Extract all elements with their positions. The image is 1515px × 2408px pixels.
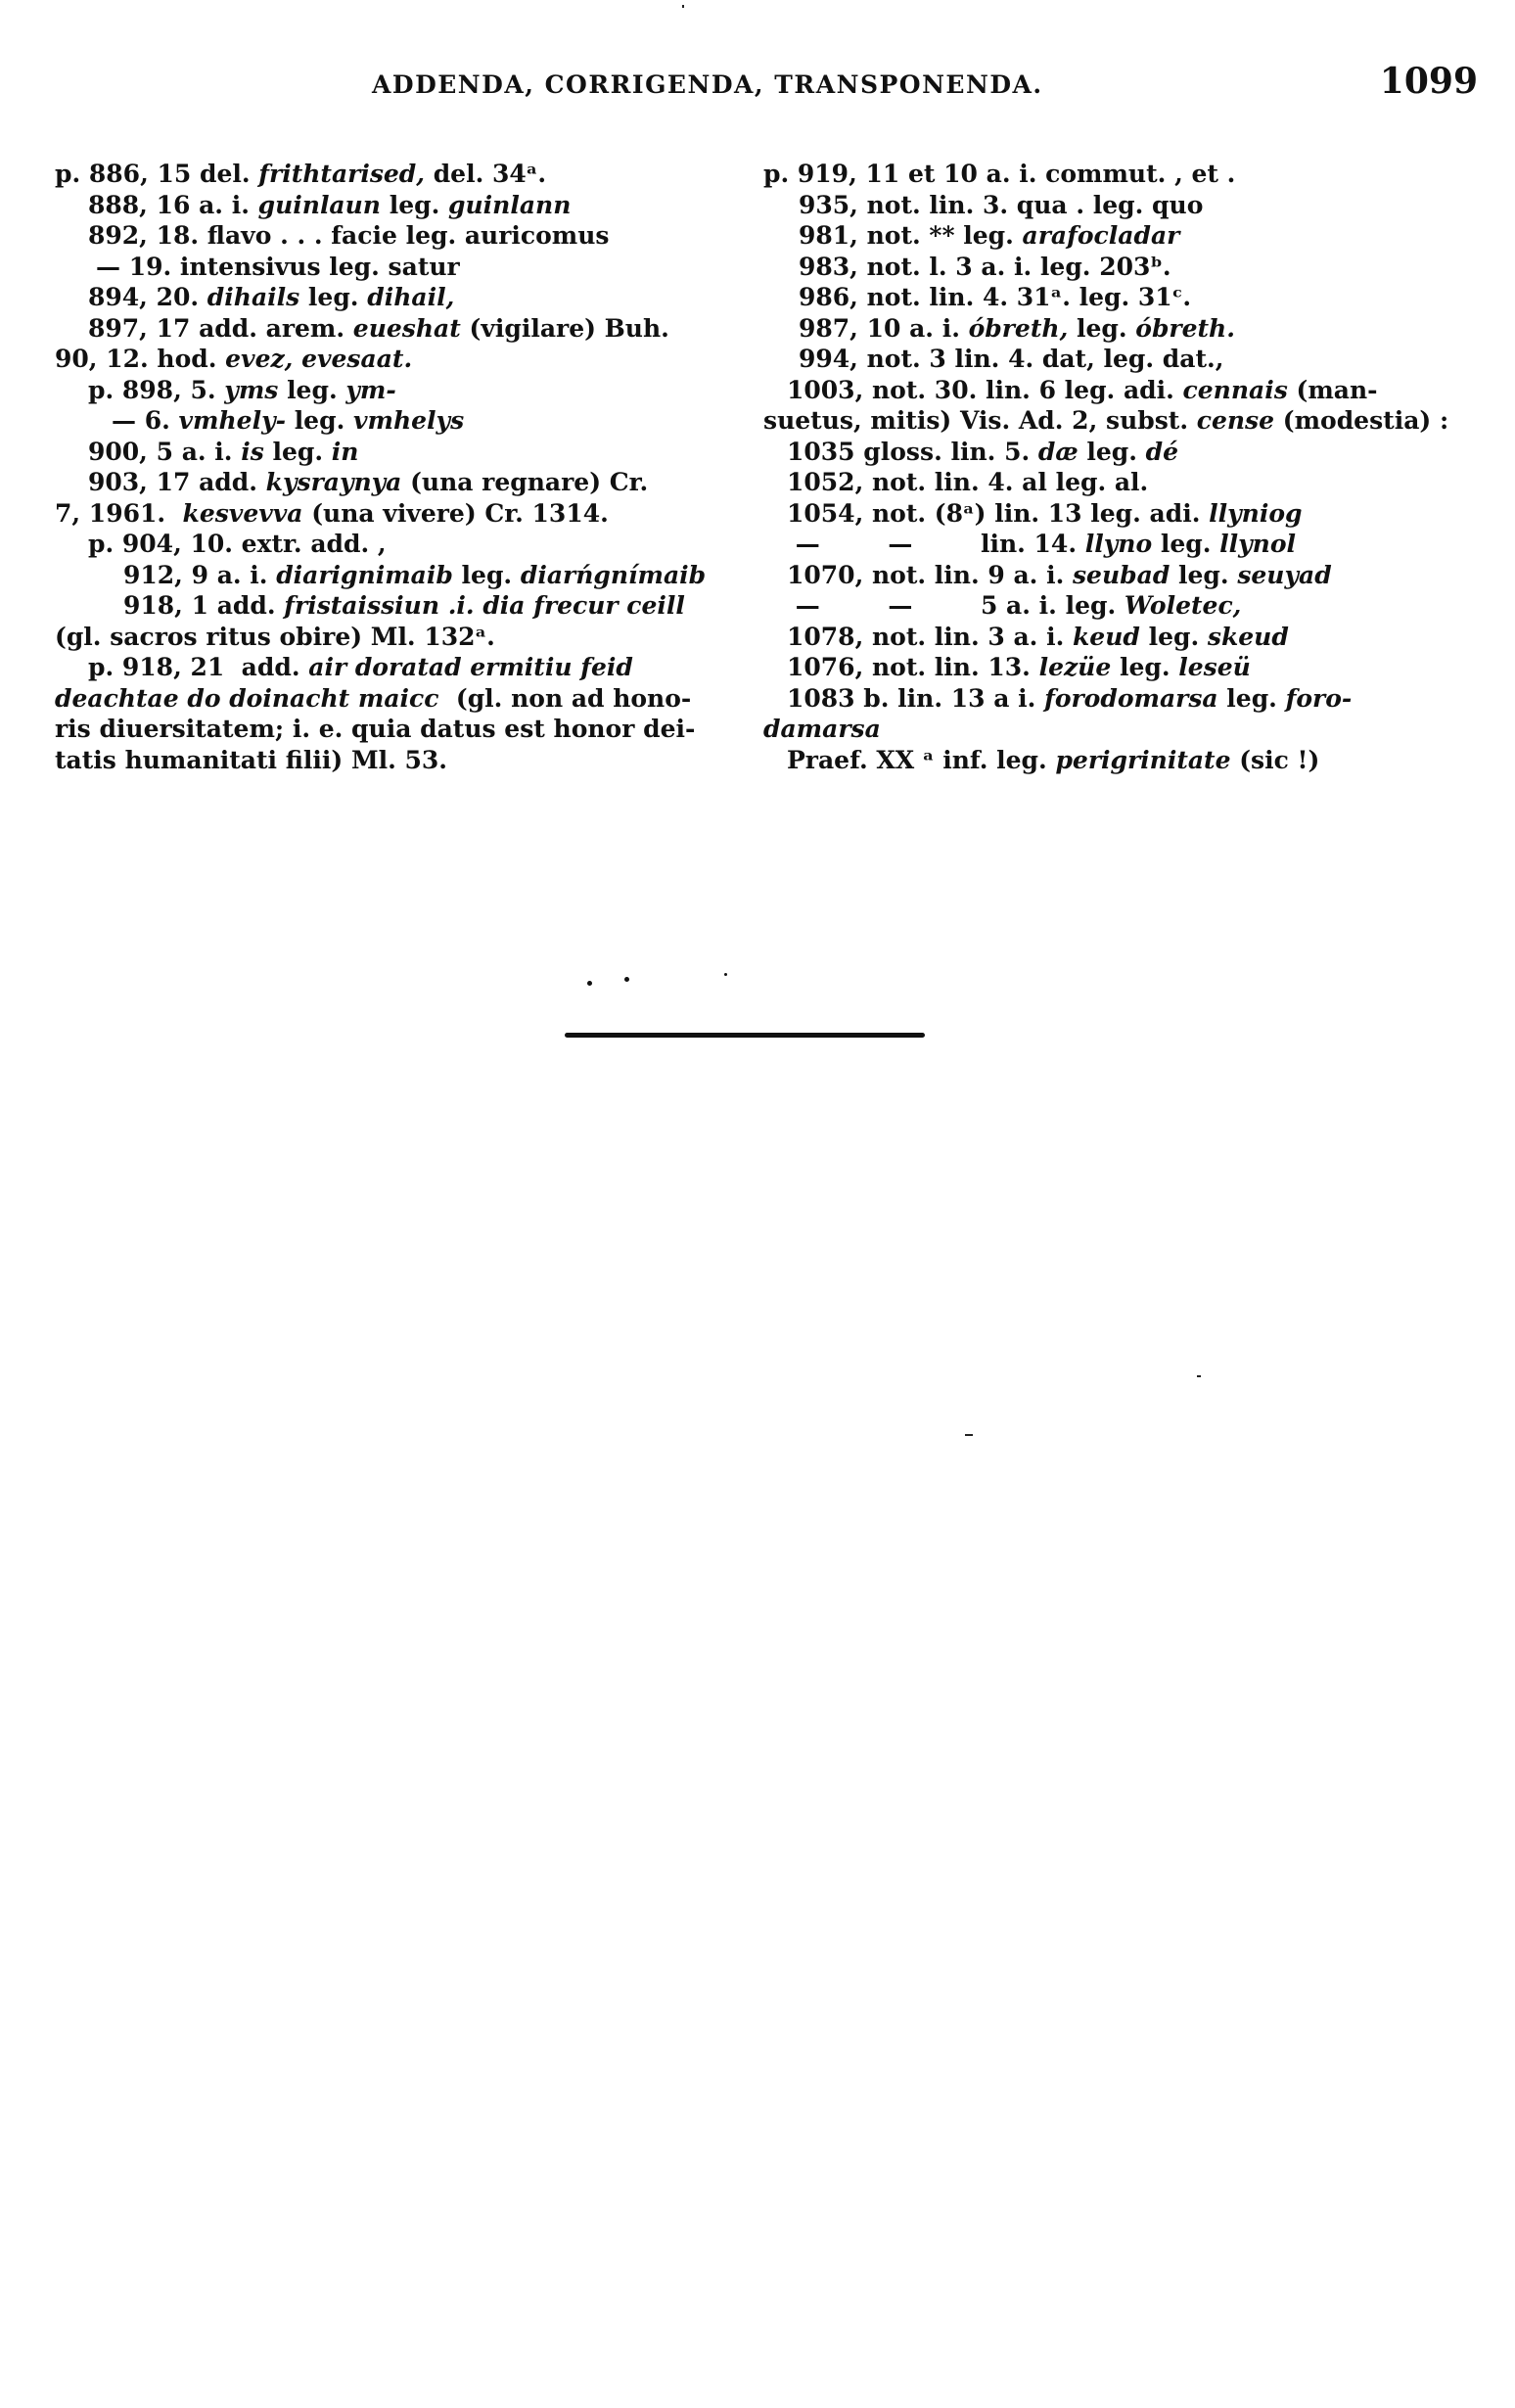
text-run: 897, 17 add. arem. (88, 314, 353, 343)
text-line: — — lin. 14. llyno leg. llynol (763, 529, 1468, 560)
text-line: ris diuersitatem; i. e. quia datus est h… (55, 714, 730, 745)
text-line: (gl. sacros ritus obire) Ml. 132ᵃ. (55, 622, 730, 653)
text-run: 1070, not. lin. 9 a. i. (787, 561, 1073, 589)
text-line: 1078, not. lin. 3 a. i. keud leg. skeud (763, 622, 1468, 653)
text-run: 912, 9 a. i. (123, 561, 276, 589)
text-line: 1076, not. lin. 13. lezüe leg. leseü (763, 652, 1468, 683)
text-line: 994, not. 3 lin. 4. dat, leg. dat., (763, 344, 1468, 375)
text-line: 1003, not. 30. lin. 6 leg. adi. cennais … (763, 375, 1468, 406)
italic-term: evez, evesaat. (225, 345, 412, 373)
text-run: leg. (1170, 561, 1237, 589)
text-line: 900, 5 a. i. is leg. in (55, 437, 730, 468)
ornament-dots (587, 969, 822, 989)
text-run: — — lin. 14. (787, 530, 1085, 558)
text-run: leg. (1152, 530, 1219, 558)
italic-term: vmhely- (179, 406, 286, 435)
italic-term: eueshat (353, 314, 461, 343)
italic-term: óbreth. (1135, 314, 1235, 343)
text-run: tatis humanitati filii) Ml. 53. (55, 746, 447, 774)
text-run: p. 898, 5. (88, 376, 224, 404)
text-line: 892, 18. flavo . . . facie leg. auricomu… (55, 220, 730, 252)
text-run: 1054, not. (8ᵃ) lin. 13 leg. adi. (787, 499, 1209, 528)
italic-term: diarńgnímaib (521, 561, 706, 589)
text-run: Praef. XX ᵃ inf. leg. (787, 746, 1055, 774)
italic-term: kysraynya (266, 468, 402, 496)
page-header: ADDENDA, CORRIGENDA, TRANSPONENDA. 1099 (372, 61, 1478, 110)
text-line: 935, not. lin. 3. qua . leg. quo (763, 190, 1468, 221)
italic-term: llyniog (1209, 499, 1302, 528)
text-run: 986, not. lin. 4. 31ᵃ. leg. 31ᶜ. (799, 283, 1191, 311)
text-line: 986, not. lin. 4. 31ᵃ. leg. 31ᶜ. (763, 282, 1468, 313)
text-run: p. 919, 11 et 10 a. i. commut. , et . (763, 160, 1235, 188)
text-line: 894, 20. dihails leg. dihail, (55, 282, 730, 313)
text-line: 1054, not. (8ᵃ) lin. 13 leg. adi. llynio… (763, 498, 1468, 530)
text-run: (vigilare) Buh. (461, 314, 669, 343)
text-run: — — 5 a. i. leg. (787, 591, 1125, 620)
text-run: 892, 18. flavo . . . facie leg. auricomu… (88, 221, 610, 250)
text-line: deachtae do doinacht maicc (gl. non ad h… (55, 683, 730, 715)
italic-term: seuyad (1237, 561, 1331, 589)
text-line: 90, 12. hod. evez, evesaat. (55, 344, 730, 375)
text-run: p. 886, 15 del. (55, 160, 258, 188)
text-line: p. 918, 21 add. air doratad ermitiu feid (55, 652, 730, 683)
text-run: 983, not. l. 3 a. i. leg. 203ᵇ. (799, 253, 1171, 281)
italic-term: frithtarised, (258, 160, 425, 188)
italic-term: forodomarsa (1044, 684, 1218, 713)
text-run: 900, 5 a. i. (88, 438, 241, 466)
text-run: leg. (278, 376, 345, 404)
text-run: (una regnare) Cr. (401, 468, 648, 496)
text-line: 912, 9 a. i. diarignimaib leg. diarńgním… (55, 560, 730, 591)
text-run: 1076, not. lin. 13. (787, 653, 1039, 681)
print-speck (682, 5, 684, 8)
text-run: (una vivere) Cr. 1314. (303, 499, 609, 528)
text-line: 981, not. ** leg. arafocladar (763, 220, 1468, 252)
text-line: Praef. XX ᵃ inf. leg. perigrinitate (sic… (763, 745, 1468, 776)
italic-term: dé (1146, 438, 1178, 466)
italic-term: fristaissiun .i. dia frecur ceill (284, 591, 685, 620)
italic-term: in (332, 438, 359, 466)
text-run: 888, 16 a. i. (88, 191, 258, 219)
italic-term: guinlaun (258, 191, 381, 219)
text-run: suetus, mitis) Vis. Ad. 2, subst. (763, 406, 1197, 435)
text-run: 7, 1961. (55, 499, 183, 528)
text-line: 888, 16 a. i. guinlaun leg. guinlann (55, 190, 730, 221)
italic-term: óbreth, (969, 314, 1069, 343)
italic-term: llyno (1085, 530, 1152, 558)
text-line: 1083 b. lin. 13 a i. forodomarsa leg. fo… (763, 683, 1468, 715)
text-line: — 6. vmhely- leg. vmhelys (55, 405, 730, 437)
italic-term: dihails (207, 283, 299, 311)
text-line: — 19. intensivus leg. satur (55, 252, 730, 283)
italic-term: seubad (1073, 561, 1170, 589)
italic-term: arafocladar (1023, 221, 1180, 250)
text-line: suetus, mitis) Vis. Ad. 2, subst. cense … (763, 405, 1468, 437)
text-run: leg. (453, 561, 521, 589)
italic-term: kesvevva (183, 499, 303, 528)
text-line: 983, not. l. 3 a. i. leg. 203ᵇ. (763, 252, 1468, 283)
text-line: p. 886, 15 del. frithtarised, del. 34ᵃ. (55, 159, 730, 190)
text-run: 1035 gloss. lin. 5. (787, 438, 1038, 466)
italic-term: lezüe (1039, 653, 1112, 681)
text-run: 918, 1 add. (123, 591, 284, 620)
text-line: 897, 17 add. arem. eueshat (vigilare) Bu… (55, 313, 730, 345)
italic-term: ym- (345, 376, 395, 404)
print-speck (965, 1434, 973, 1436)
italic-term: guinlann (448, 191, 571, 219)
text-line: p. 904, 10. extr. add. , (55, 529, 730, 560)
right-column: p. 919, 11 et 10 a. i. commut. , et .935… (763, 159, 1468, 775)
italic-term: cennais (1183, 376, 1288, 404)
text-run: 894, 20. (88, 283, 207, 311)
text-run: (man- (1288, 376, 1378, 404)
text-run: (modestia) : (1274, 406, 1448, 435)
end-rule (565, 1033, 925, 1038)
italic-term: llynol (1219, 530, 1296, 558)
italic-term: Woletec, (1125, 591, 1242, 620)
text-run: leg. (286, 406, 353, 435)
running-title: ADDENDA, CORRIGENDA, TRANSPONENDA. (372, 70, 1043, 99)
text-line: p. 898, 5. yms leg. ym- (55, 375, 730, 406)
italic-term: is (241, 438, 264, 466)
text-run: leg. (264, 438, 332, 466)
text-run: leg. (1111, 653, 1178, 681)
text-line: p. 919, 11 et 10 a. i. commut. , et . (763, 159, 1468, 190)
text-run: p. 918, 21 add. (88, 653, 308, 681)
italic-term: perigrinitate (1055, 746, 1230, 774)
italic-term: foro- (1286, 684, 1353, 713)
text-run: 1078, not. lin. 3 a. i. (787, 623, 1073, 651)
italic-term: leseü (1178, 653, 1251, 681)
italic-term: damarsa (763, 715, 881, 743)
text-line: tatis humanitati filii) Ml. 53. (55, 745, 730, 776)
italic-term: deachtae do doinacht maicc (55, 684, 438, 713)
text-run: — 19. intensivus leg. satur (96, 253, 460, 281)
text-run: 1083 b. lin. 13 a i. (787, 684, 1044, 713)
text-run: leg. (1140, 623, 1208, 651)
italic-term: dæ (1038, 438, 1079, 466)
text-line: 1070, not. lin. 9 a. i. seubad leg. seuy… (763, 560, 1468, 591)
text-line: 987, 10 a. i. óbreth, leg. óbreth. (763, 313, 1468, 345)
text-line: 918, 1 add. fristaissiun .i. dia frecur … (55, 590, 730, 622)
italic-term: skeud (1208, 623, 1289, 651)
italic-term: keud (1073, 623, 1140, 651)
text-run: 981, not. ** leg. (799, 221, 1023, 250)
text-run: p. 904, 10. extr. add. , (88, 530, 387, 558)
print-speck (1197, 1375, 1201, 1377)
left-column: p. 886, 15 del. frithtarised, del. 34ᵃ.8… (55, 159, 730, 775)
text-run: (gl. sacros ritus obire) Ml. 132ᵃ. (55, 623, 495, 651)
italic-term: yms (224, 376, 278, 404)
text-run: leg. (299, 283, 367, 311)
text-run: (sic !) (1231, 746, 1320, 774)
text-run: leg. (381, 191, 448, 219)
text-run: del. 34ᵃ. (425, 160, 546, 188)
italic-term: dihail, (367, 283, 454, 311)
italic-term: diarignimaib (276, 561, 453, 589)
text-run: 994, not. 3 lin. 4. dat, leg. dat., (799, 345, 1223, 373)
text-line: damarsa (763, 714, 1468, 745)
text-run: 90, 12. hod. (55, 345, 225, 373)
text-line: 1052, not. lin. 4. al leg. al. (763, 467, 1468, 498)
text-line: — — 5 a. i. leg. Woletec, (763, 590, 1468, 622)
text-run: 903, 17 add. (88, 468, 266, 496)
italic-term: vmhelys (353, 406, 464, 435)
italic-term: cense (1197, 406, 1274, 435)
text-run: ris diuersitatem; i. e. quia datus est h… (55, 715, 695, 743)
text-line: 903, 17 add. kysraynya (una regnare) Cr. (55, 467, 730, 498)
page-number: 1099 (1380, 61, 1478, 102)
text-run: 935, not. lin. 3. qua . leg. quo (799, 191, 1203, 219)
text-run: leg. (1079, 438, 1146, 466)
text-run: — 6. (112, 406, 179, 435)
text-line: 7, 1961. kesvevva (una vivere) Cr. 1314. (55, 498, 730, 530)
text-line: 1035 gloss. lin. 5. dæ leg. dé (763, 437, 1468, 468)
text-run: 987, 10 a. i. (799, 314, 969, 343)
italic-term: air doratad ermitiu feid (308, 653, 633, 681)
text-run: (gl. non ad hono- (438, 684, 691, 713)
text-run: 1052, not. lin. 4. al leg. al. (787, 468, 1148, 496)
text-run: leg. (1068, 314, 1135, 343)
text-run: leg. (1218, 684, 1286, 713)
text-run: 1003, not. 30. lin. 6 leg. adi. (787, 376, 1183, 404)
